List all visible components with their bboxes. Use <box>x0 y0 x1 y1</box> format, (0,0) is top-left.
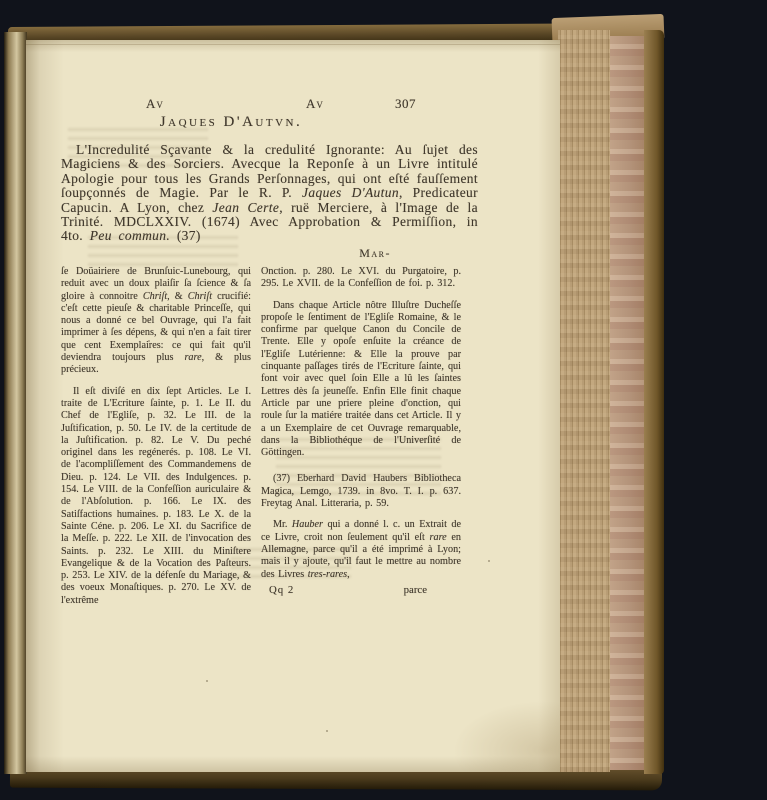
text-block-fore-edge <box>558 30 610 772</box>
paper-speck <box>206 680 208 682</box>
signature-mark: Qq 2 <box>269 584 294 596</box>
entry-heading: Jaques D'Autvn. <box>61 114 401 131</box>
two-column-text: ſe Doüairiere de Brunſuic-Lunebourg, qui… <box>61 266 461 607</box>
cover-board-edge <box>644 30 664 774</box>
running-header-word-right: Av <box>306 96 324 112</box>
right-column-paragraph-1: Onction. p. 280. Le XVI. du Purgatoire, … <box>261 266 461 291</box>
footnote-paragraph: (37) Eberhard David Haubers Bibliotheca … <box>261 473 461 510</box>
catchword-parce: parce <box>404 584 427 596</box>
right-column-paragraph-4: Mr. Hauber qui a donné l. c. un Extrait … <box>261 519 461 580</box>
entry-paragraph: L'Incredulité Sçavante & la credulité Ig… <box>61 143 478 244</box>
page-number: 307 <box>395 96 416 112</box>
left-column: ſe Doüairiere de Brunſuic-Lunebourg, qui… <box>61 266 251 607</box>
marbled-endpaper-edge <box>610 36 644 770</box>
paper-speck <box>326 730 328 732</box>
catchword-mar: Mar- <box>61 246 391 261</box>
right-column-paragraph-2: Dans chaque Article nôtre Illuſtre Duche… <box>261 300 461 460</box>
right-column: Onction. p. 280. Le XVI. du Purgatoire, … <box>261 266 461 607</box>
left-column-paragraph-1: ſe Doüairiere de Brunſuic-Lunebourg, qui… <box>61 266 251 377</box>
book-photo: Av Av 307 Jaques D'Autvn. L'Incredulité … <box>0 0 767 800</box>
running-header-word-left: Av <box>146 96 164 112</box>
paper-speck <box>488 560 490 562</box>
signature-row: Qq 2 parce <box>261 584 461 596</box>
book-page: Av Av 307 Jaques D'Autvn. L'Incredulité … <box>26 40 560 772</box>
left-column-paragraph-2: Il eſt diviſé en dix ſept Articles. Le I… <box>61 386 251 607</box>
book-left-leaves-edge <box>4 32 27 774</box>
